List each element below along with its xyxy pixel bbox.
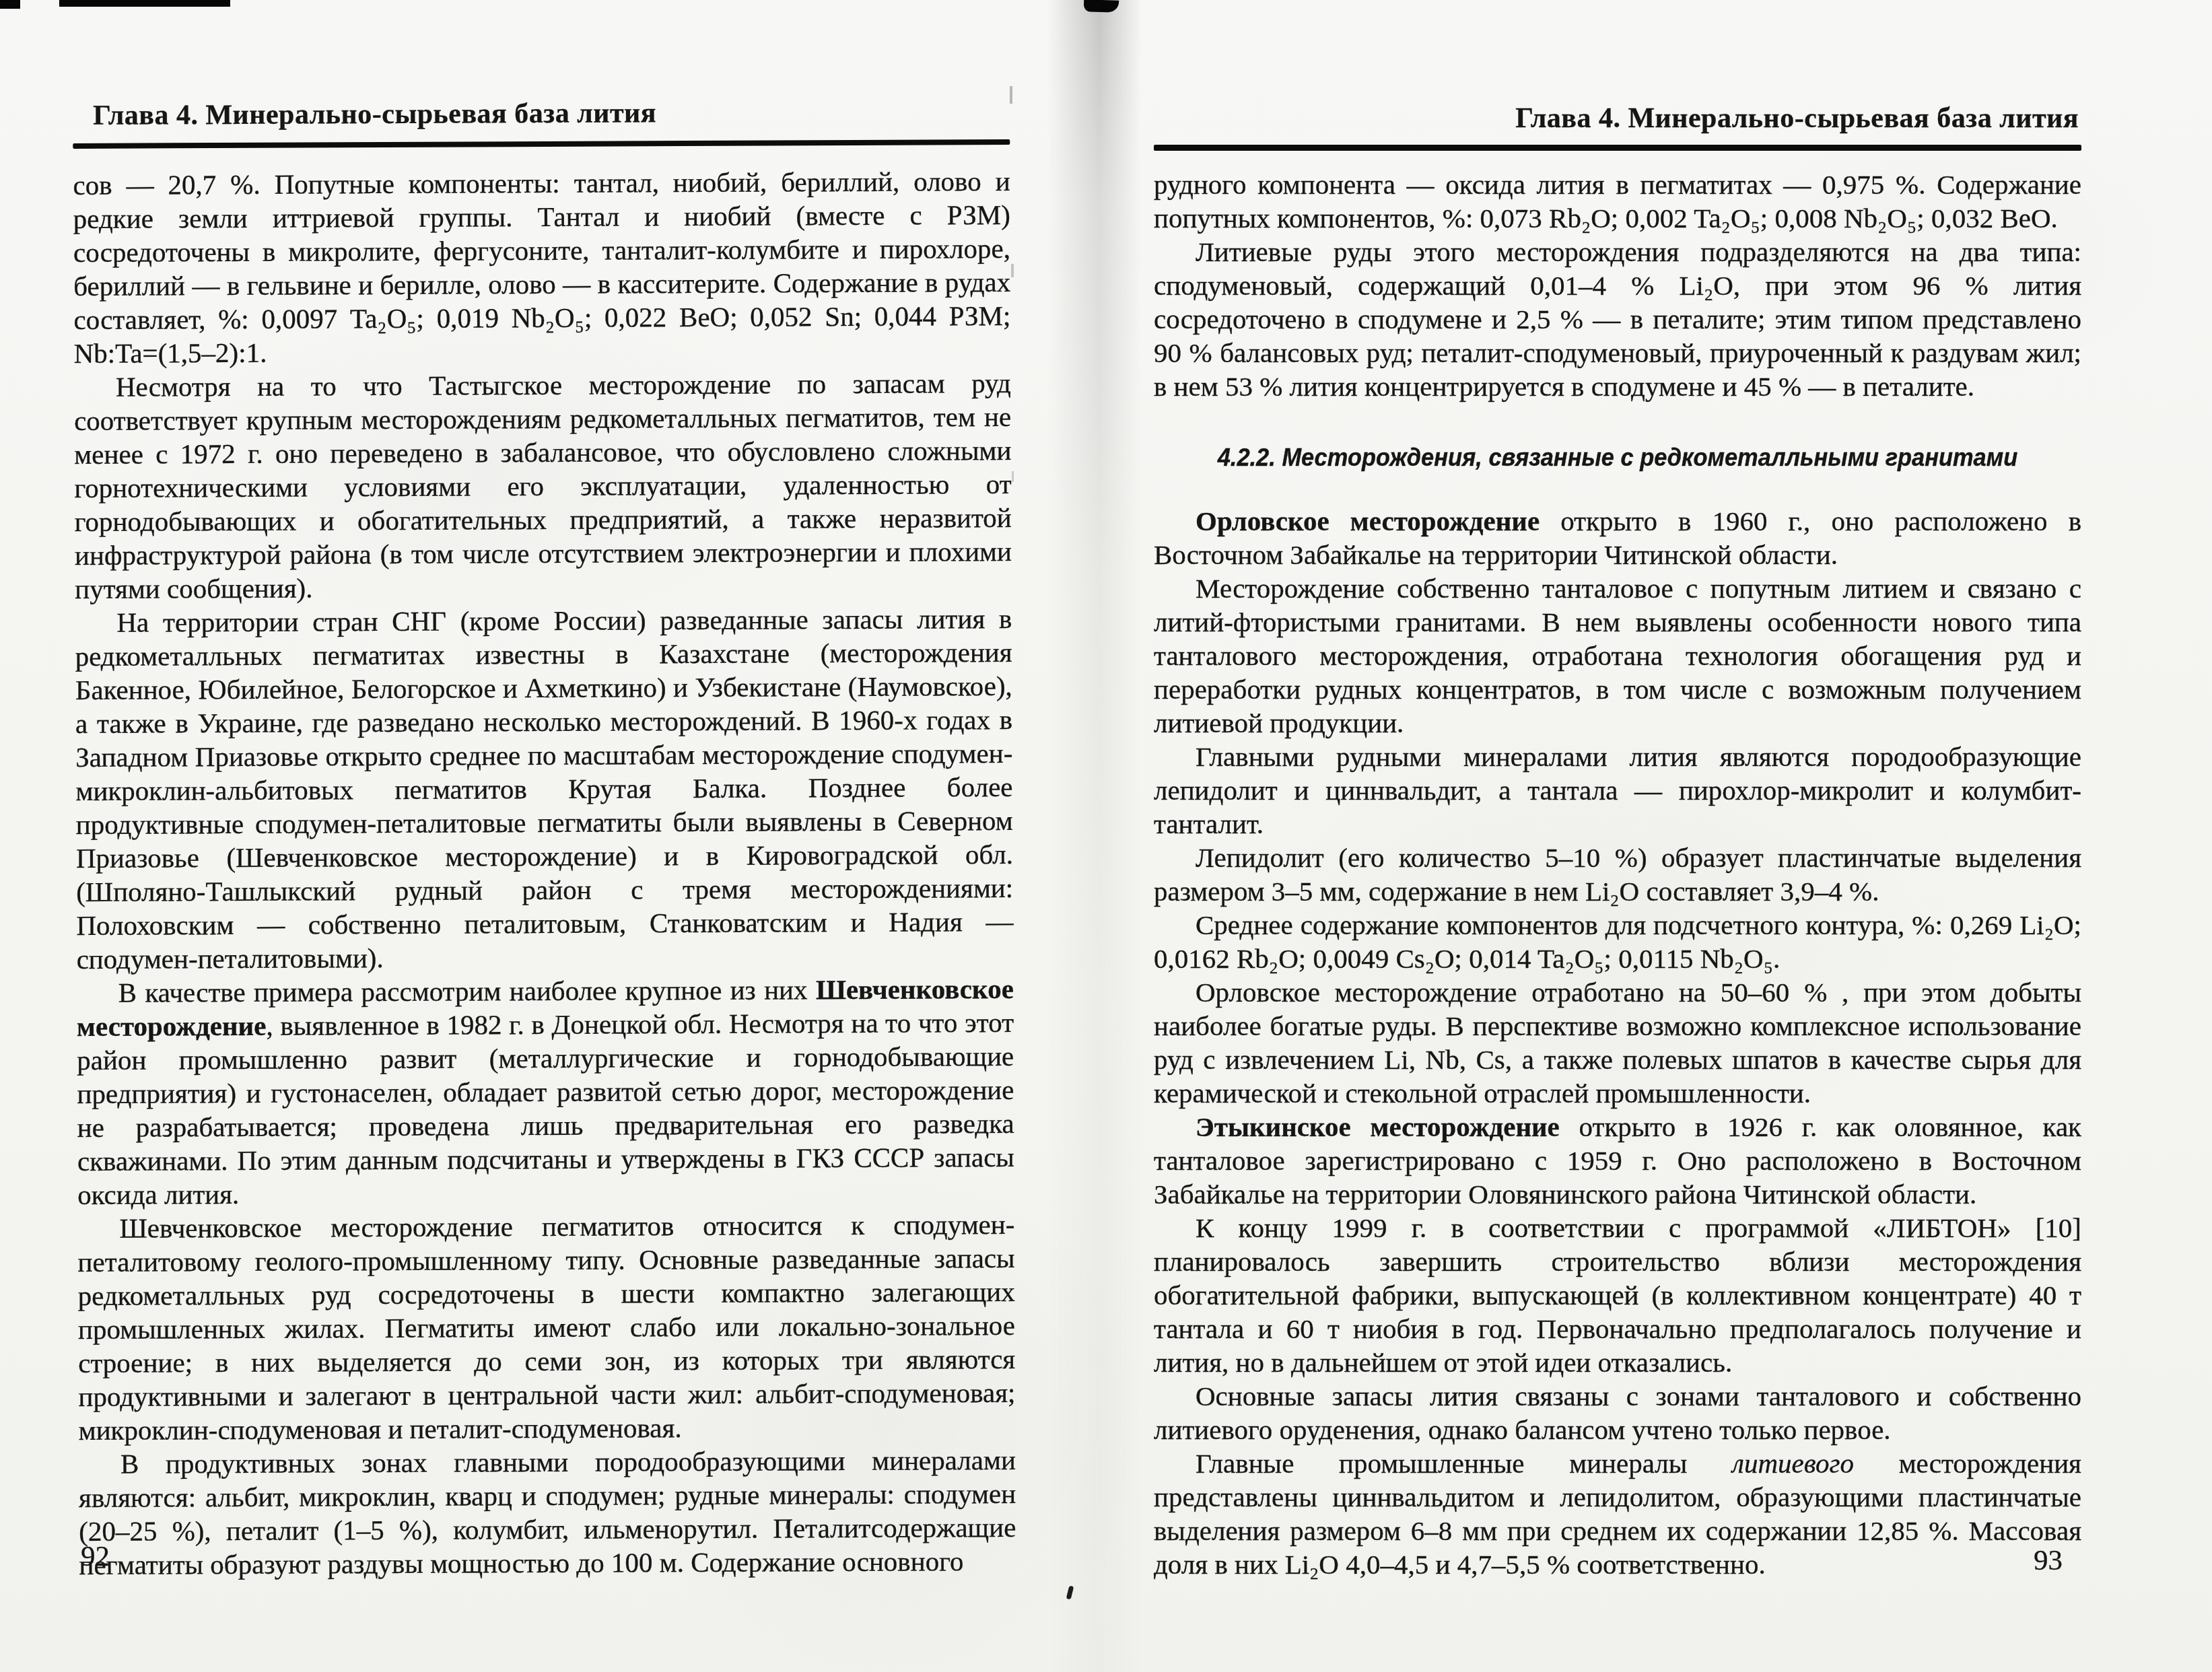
- paragraph: В качестве примера рассмотрим наиболее к…: [77, 972, 1015, 1212]
- page-body: рудного компонента — оксида лития в пегм…: [1154, 168, 2081, 1581]
- running-header: Глава 4. Минерально-сырьевая база лития: [73, 96, 1010, 132]
- book-scan-spread: Глава 4. Минерально-сырьевая база лития …: [0, 0, 2212, 1672]
- paragraph: Несмотря на то что Тастыгское месторожде…: [74, 366, 1012, 606]
- paragraph: В продуктивных зонах главными породообра…: [79, 1443, 1016, 1582]
- page-right: Глава 4. Минерально-сырьевая база лития …: [1154, 102, 2081, 1581]
- paragraph: Этыкинское месторождение открыто в 1926 …: [1154, 1110, 2081, 1211]
- header-rule: [73, 139, 1010, 149]
- section-heading-text: 4.2.2. Месторождения, связанные с редком…: [1218, 441, 2017, 475]
- paragraph: Месторождение собственно танталовое с по…: [1154, 571, 2081, 740]
- paragraph: Основные запасы лития связаны с зонами т…: [1154, 1379, 2081, 1447]
- scan-artifact-speck: [1011, 264, 1014, 277]
- scan-artifact-top-left-bar-1: [0, 0, 20, 9]
- running-header: Глава 4. Минерально-сырьевая база лития: [1154, 102, 2081, 135]
- paragraph: К концу 1999 г. в соответствии с програм…: [1154, 1211, 2081, 1379]
- scan-artifact-top-left-bar-2: [59, 0, 230, 7]
- page-number-right: 93: [1154, 1544, 2063, 1577]
- page-body: сов — 20,7 %. Попутные компоненты: танта…: [73, 164, 1016, 1582]
- paragraph: Среднее содержание компонентов для подсч…: [1154, 908, 2081, 975]
- paragraph: Орловское месторождение отработано на 50…: [1154, 975, 2081, 1110]
- paragraph: Главными рудными минералами лития являют…: [1154, 740, 2081, 841]
- header-rule: [1154, 145, 2081, 151]
- page-left: Глава 4. Минерально-сырьевая база лития …: [73, 96, 1016, 1582]
- scan-artifact-speck: [1010, 86, 1012, 104]
- paragraph: Орловское месторождение открыто в 1960 г…: [1154, 504, 2081, 571]
- scan-artifact-speck: [1012, 471, 1014, 482]
- gutter-crease-line: [1099, 7, 1103, 747]
- paragraph: сов — 20,7 %. Попутные компоненты: танта…: [73, 164, 1010, 370]
- page-number-left: 92: [81, 1540, 110, 1573]
- paragraph: Литиевые руды этого месторождения подраз…: [1154, 235, 2081, 403]
- paragraph: Шевченковское месторождение пегматитов о…: [77, 1208, 1016, 1447]
- paragraph: На территории стран СНГ (кроме России) р…: [75, 602, 1013, 976]
- page-gutter-shadow: [1047, 0, 1142, 1672]
- paragraph: Лепидолит (его количество 5–10 %) образу…: [1154, 841, 2081, 908]
- section-heading: 4.2.2. Месторождения, связанные с редком…: [1154, 441, 2081, 475]
- paragraph: рудного компонента — оксида лития в пегм…: [1154, 168, 2081, 235]
